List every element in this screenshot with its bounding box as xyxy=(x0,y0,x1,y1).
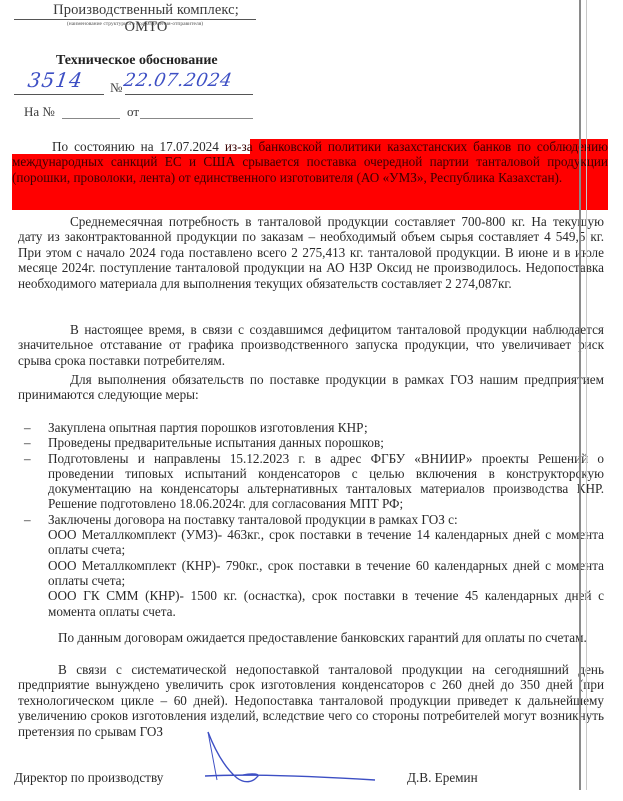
measure-text: Заключены договора на поставку танталово… xyxy=(48,512,458,527)
dash-bullet-icon: – xyxy=(24,435,31,450)
signatory-position: Директор по производству xyxy=(14,770,163,786)
signatory-name: Д.В. Еремин xyxy=(407,770,478,786)
dash-bullet-icon: – xyxy=(24,451,31,466)
contract-item: ООО Металлкомплект (КНР)- 790кг., срок п… xyxy=(48,558,604,589)
intro-paragraph: По состоянию на 17.07.2024 из-за банковс… xyxy=(12,139,608,185)
list-item: – Проведены предварительные испытания да… xyxy=(18,435,604,450)
handwritten-reg-number: 3514 xyxy=(26,68,84,92)
list-item: – Заключены договора на поставку тантало… xyxy=(18,512,604,619)
scan-fold-line xyxy=(579,0,581,790)
paragraph-deficit: В настоящее время, в связи с создавшимся… xyxy=(18,322,604,368)
dash-bullet-icon: – xyxy=(24,512,31,527)
reg-date-underline xyxy=(125,94,253,95)
reg-number-underline xyxy=(14,94,104,95)
paragraph-conclusion: В связи с систематической недопоставкой … xyxy=(18,662,604,739)
reply-date-blank xyxy=(140,118,253,119)
list-item: – Подготовлены и направлены 15.12.2023 г… xyxy=(18,451,604,512)
measures-list: – Закуплена опытная партия порошков изго… xyxy=(18,420,604,619)
dash-bullet-icon: – xyxy=(24,420,31,435)
department-caption: (наименование структурного подразделения… xyxy=(14,21,256,27)
number-sign-label: № xyxy=(110,80,122,96)
paragraph-guarantees: По данным договорам ожидается предоставл… xyxy=(48,630,604,645)
handwritten-signature-icon xyxy=(205,730,385,790)
list-item: – Закуплена опытная партия порошков изго… xyxy=(18,420,604,435)
measure-text: Закуплена опытная партия порошков изгото… xyxy=(48,420,368,435)
intro-date-text: По состоянию на 17.07.2024 xyxy=(52,139,225,154)
department-underline xyxy=(14,19,256,20)
document-title: Техническое обоснование xyxy=(56,53,218,69)
measure-text: Подготовлены и направлены 15.12.2023 г. … xyxy=(48,451,604,512)
scan-fold-line-secondary xyxy=(586,0,587,790)
reply-number-blank xyxy=(62,118,120,119)
reply-to-label: На № xyxy=(24,104,55,120)
contract-item: ООО Металлкомплект (УМЗ)- 463кг., срок п… xyxy=(48,527,604,558)
from-date-label: от xyxy=(127,104,139,120)
paragraph-measures-intro: Для выполнения обязательств по поставке … xyxy=(18,372,604,403)
paragraph-demand: Среднемесячная потребность в танталовой … xyxy=(18,214,604,291)
contract-item: ООО ГК СММ (КНР)- 1500 кг. (оснастка), с… xyxy=(48,588,604,619)
handwritten-reg-date: 22.07.2024 xyxy=(122,70,234,91)
measure-text: Проведены предварительные испытания данн… xyxy=(48,435,384,450)
